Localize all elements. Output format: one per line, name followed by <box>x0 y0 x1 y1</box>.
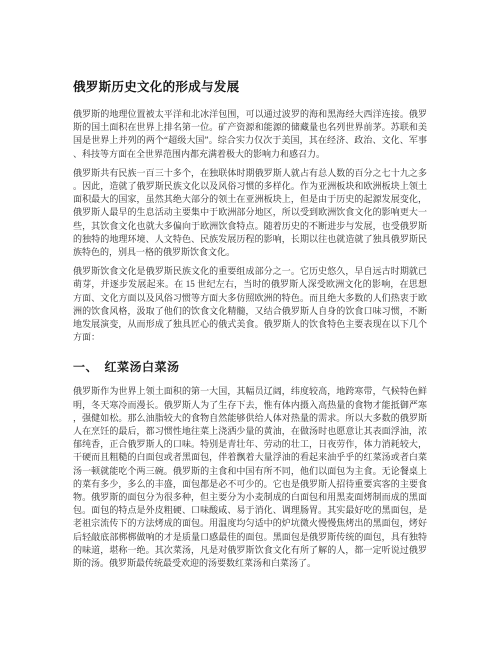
paragraph-bread-and-soup: 俄罗斯作为世界上领土面积的第一大国，其幅员辽阔，纬度较高，地跨寒带，气候特色鲜明… <box>73 385 427 570</box>
section-heading-soup: 一、 红菜汤白菜汤 <box>73 359 427 375</box>
document-title: 俄罗斯历史文化的形成与发展 <box>73 80 427 95</box>
paragraph-ethnic-culture: 俄罗斯共有民族一百三十多个，在独联体时期俄罗斯人就占有总人数的百分之七十九之多。… <box>73 167 427 259</box>
paragraph-geography: 俄罗斯的地理位置被太平洋和北冰洋包围，可以通过波罗的海和黑海经大西洋连接。俄罗斯… <box>73 108 427 161</box>
document-page: 俄罗斯历史文化的形成与发展 俄罗斯的地理位置被太平洋和北冰洋包围，可以通过波罗的… <box>0 0 500 647</box>
paragraph-food-culture: 俄罗斯饮食文化是俄罗斯民族文化的重要组成部分之一。它历史悠久，早自远古时期就已萌… <box>73 265 427 344</box>
